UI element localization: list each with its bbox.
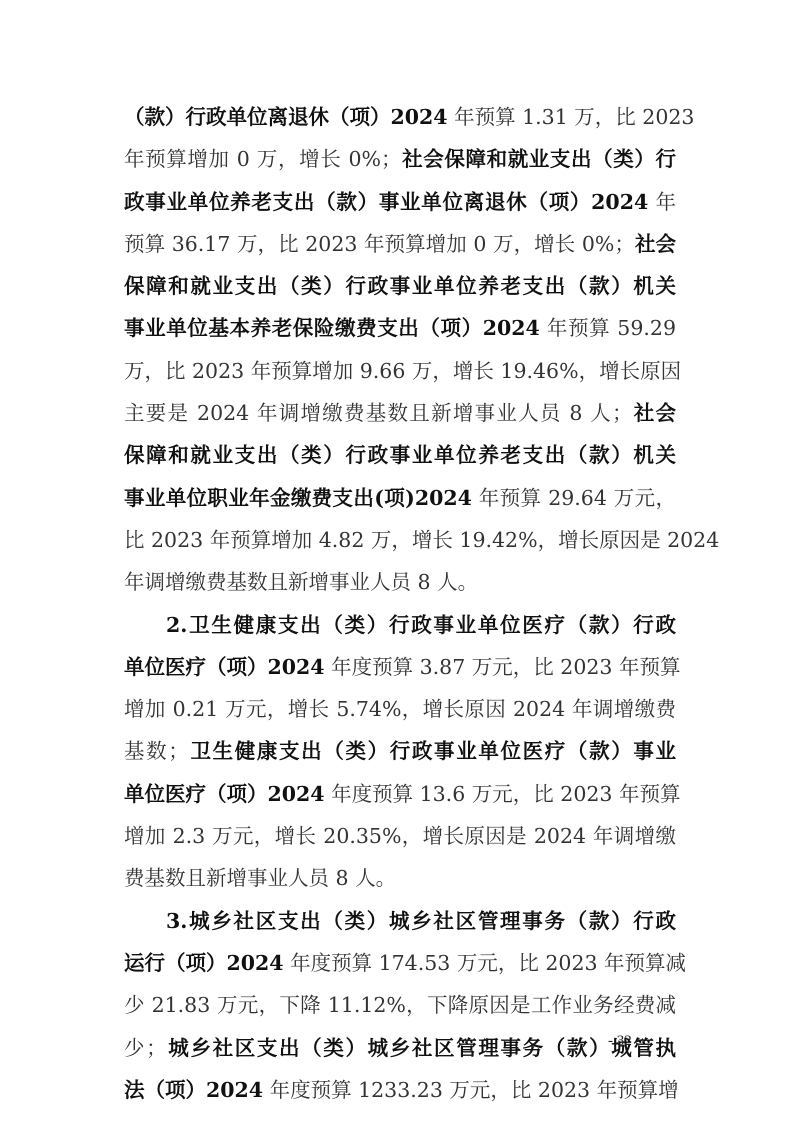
text-line: 少 21.83 万元，下降 11.12%，下降原因是工作业务经费减: [124, 984, 676, 1026]
text-run: 增加 2.3 万元，增长 20.35%，增长原因是 2024 年调增缴: [124, 824, 676, 848]
text-line: 增加 0.21 万元，增长 5.74%，增长原因 2024 年调增缴费: [124, 688, 676, 730]
bold-text-run: 城乡社区支出（类）城乡社区管理事务（款）城管执: [167, 1036, 676, 1060]
text-run: 年: [648, 190, 676, 214]
bold-text-run: 单位医疗（项）2024: [124, 655, 325, 679]
text-run: 年预算 59.29: [540, 316, 676, 340]
bold-text-run: 社会: [632, 401, 676, 425]
page-number: - 32 -: [608, 1033, 641, 1050]
bold-text-run: 法（项）2024: [124, 1078, 263, 1102]
text-run: 年预算增加 0 万，增长 0%；: [124, 147, 402, 171]
bold-text-run: 单位医疗（项）2024: [124, 782, 325, 806]
text-run: 基数；: [124, 739, 189, 763]
bold-text-run: 社会: [635, 232, 676, 256]
bold-text-run: 2.卫生健康支出（类）行政事业单位医疗（款）行政: [166, 613, 676, 637]
text-line: 法（项）2024 年度预算 1233.23 万元，比 2023 年预算增: [124, 1069, 676, 1111]
text-run: 增加 0.21 万元，增长 5.74%，增长原因 2024 年调增缴费: [124, 697, 676, 721]
bold-text-run: 事业单位职业年金缴费支出(项)2024: [124, 486, 472, 510]
text-line: 比 2023 年预算增加 4.82 万，增长 19.42%，增长原因是 2024: [124, 519, 676, 561]
bold-text-run: 事业单位基本养老保险缴费支出（项）2024: [124, 316, 540, 340]
text-line: 少；城乡社区支出（类）城乡社区管理事务（款）城管执: [124, 1027, 676, 1069]
text-run: 年预算 29.64 万元，: [472, 486, 676, 510]
text-line: 费基数且新增事业人员 8 人。: [124, 857, 676, 899]
text-line: 保障和就业支出（类）行政事业单位养老支出（款）机关: [124, 265, 676, 307]
text-line: 预算 36.17 万，比 2023 年预算增加 0 万，增长 0%；社会: [124, 223, 676, 265]
text-run: 年度预算 174.53 万元，比 2023 年预算减: [284, 951, 686, 975]
text-line: 单位医疗（项）2024 年度预算 13.6 万元，比 2023 年预算: [124, 773, 676, 815]
text-line: 主要是 2024 年调增缴费基数且新增事业人员 8 人；社会: [124, 392, 676, 434]
text-line: 单位医疗（项）2024 年度预算 3.87 万元，比 2023 年预算: [124, 646, 676, 688]
body-text: （款）行政单位离退休（项）2024 年预算 1.31 万，比 2023年预算增加…: [124, 96, 676, 1111]
text-line: 增加 2.3 万元，增长 20.35%，增长原因是 2024 年调增缴: [124, 815, 676, 857]
text-run: 费基数且新增事业人员 8 人。: [124, 866, 396, 890]
text-line: 事业单位基本养老保险缴费支出（项）2024 年预算 59.29: [124, 307, 676, 349]
text-line: 事业单位职业年金缴费支出(项)2024 年预算 29.64 万元，: [124, 477, 676, 519]
text-line: 万，比 2023 年预算增加 9.66 万，增长 19.46%，增长原因: [124, 350, 676, 392]
text-run: 主要是 2024 年调增缴费基数且新增事业人员 8 人；: [124, 401, 632, 425]
text-run: 年度预算 3.87 万元，比 2023 年预算: [325, 655, 681, 679]
bold-text-run: 社会保障和就业支出（类）行: [402, 147, 677, 171]
text-run: 万，比 2023 年预算增加 9.66 万，增长 19.46%，增长原因: [124, 359, 681, 383]
text-line: 保障和就业支出（类）行政事业单位养老支出（款）机关: [124, 434, 676, 476]
text-run: 比 2023 年预算增加 4.82 万，增长 19.42%，增长原因是 2024: [124, 528, 719, 552]
bold-text-run: （款）行政单位离退休（项）2024: [124, 105, 448, 129]
text-run: 年度预算 1233.23 万元，比 2023 年预算增: [263, 1078, 679, 1102]
text-run: 年预算 1.31 万，比 2023: [448, 105, 695, 129]
document-page: （款）行政单位离退休（项）2024 年预算 1.31 万，比 2023年预算增加…: [0, 0, 794, 1122]
text-line: 3.城乡社区支出（类）城乡社区管理事务（款）行政: [124, 900, 676, 942]
text-line: 年调增缴费基数且新增事业人员 8 人。: [124, 561, 676, 603]
bold-text-run: 保障和就业支出（类）行政事业单位养老支出（款）机关: [124, 274, 676, 298]
text-run: 年度预算 13.6 万元，比 2023 年预算: [325, 782, 681, 806]
bold-text-run: 卫生健康支出（类）行政事业单位医疗（款）事业: [189, 739, 676, 763]
text-line: 2.卫生健康支出（类）行政事业单位医疗（款）行政: [124, 604, 676, 646]
text-line: 年预算增加 0 万，增长 0%；社会保障和就业支出（类）行: [124, 138, 676, 180]
text-line: （款）行政单位离退休（项）2024 年预算 1.31 万，比 2023: [124, 96, 676, 138]
bold-text-run: 政事业单位养老支出（款）事业单位离退休（项）2024: [124, 190, 648, 214]
text-line: 运行（项）2024 年度预算 174.53 万元，比 2023 年预算减: [124, 942, 676, 984]
bold-text-run: 运行（项）2024: [124, 951, 284, 975]
text-run: 预算 36.17 万，比 2023 年预算增加 0 万，增长 0%；: [124, 232, 635, 256]
text-line: 政事业单位养老支出（款）事业单位离退休（项）2024 年: [124, 181, 676, 223]
bold-text-run: 3.城乡社区支出（类）城乡社区管理事务（款）行政: [166, 909, 676, 933]
text-run: 年调增缴费基数且新增事业人员 8 人。: [124, 570, 478, 594]
text-run: 少；: [124, 1036, 167, 1060]
text-run: 少 21.83 万元，下降 11.12%，下降原因是工作业务经费减: [124, 993, 676, 1017]
bold-text-run: 保障和就业支出（类）行政事业单位养老支出（款）机关: [124, 443, 676, 467]
text-line: 基数；卫生健康支出（类）行政事业单位医疗（款）事业: [124, 730, 676, 772]
